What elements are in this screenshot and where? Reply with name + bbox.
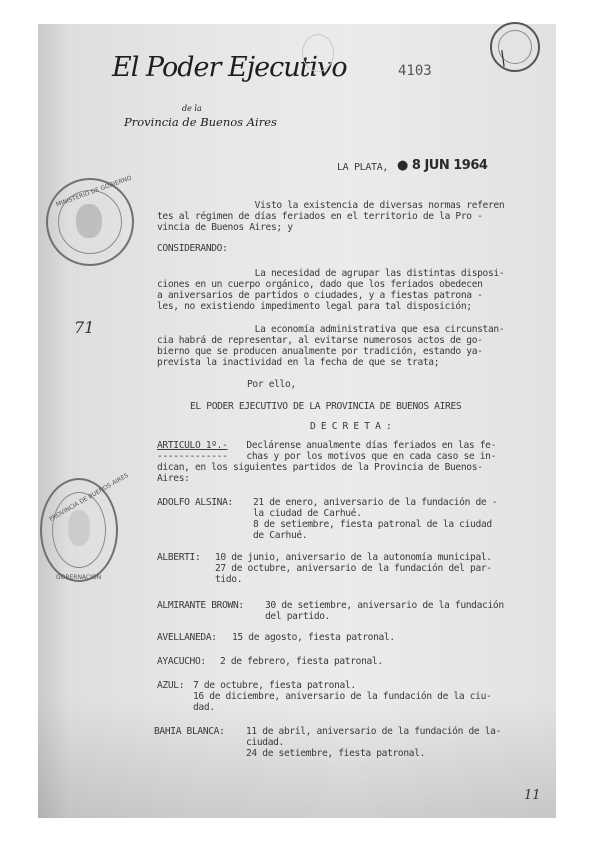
partido-name: ADOLFO ALSINA:: [157, 497, 233, 508]
text-line: 7 de octubre, fiesta patronal.: [193, 680, 356, 691]
stamp-top-right: [490, 22, 540, 72]
text-line: Declárense anualmente días feriados en l…: [241, 440, 496, 451]
partido-name: ALBERTI:: [157, 552, 200, 563]
text-line: tido.: [215, 574, 242, 585]
text-line: La necesidad de agrupar las distintas di…: [157, 268, 504, 279]
date-stamp: ● 8 JUN 1964: [397, 158, 487, 173]
articulo-label: ARTICULO 1º.-: [157, 440, 228, 451]
text-line: la ciudad de Carhué.: [253, 508, 362, 519]
text-line: dican, en los siguientes partidos de la …: [157, 462, 483, 473]
authority-line: EL PODER EJECUTIVO DE LA PROVINCIA DE BU…: [190, 401, 461, 412]
por-ello: Por ello,: [247, 379, 296, 390]
emblem-watermark: [302, 34, 334, 72]
page-mark: 11: [524, 788, 541, 803]
text-line: bierno que se producen anualmente por tr…: [157, 346, 483, 357]
dash-line: -------------: [157, 451, 228, 462]
letterhead-small: de la: [182, 104, 202, 113]
text-line: 8 de setiembre, fiesta patronal de la ci…: [253, 519, 492, 530]
text-line: La economía administrativa que esa circu…: [157, 324, 504, 335]
document-number: 4103: [398, 63, 432, 79]
date-value: 8 JUN 1964: [412, 158, 488, 173]
text-line: cia habrá de representar, al evitarse nu…: [157, 335, 483, 346]
text-line: a aniversarios de partidos o ciudades, y…: [157, 290, 483, 301]
text-line: 10 de junio, aniversario de la autonomía…: [215, 552, 492, 563]
text-line: de Carhué.: [253, 530, 307, 541]
partido-name: BAHIA BLANCA:: [154, 726, 225, 737]
decreta-heading: D E C R E T A :: [310, 421, 391, 432]
text-line: dad.: [193, 702, 215, 713]
text-line: 16 de diciembre, aniversario de la funda…: [193, 691, 491, 702]
partido-name: AZUL:: [157, 680, 184, 691]
text-line: vincia de Buenos Aires; y: [157, 222, 293, 233]
text-line: prevista la inactividad en la fecha de q…: [157, 357, 439, 368]
text-line: 30 de setiembre, aniversario de la funda…: [265, 600, 504, 611]
partido-name: ALMIRANTE BROWN:: [157, 600, 244, 611]
text-line: les, no existiendo impedimento legal par…: [157, 301, 472, 312]
text-line: 15 de agosto, fiesta patronal.: [232, 632, 395, 643]
stamp-gobernacion-text: GOBERNACION: [56, 574, 101, 581]
partido-name: AVELLANEDA:: [157, 632, 217, 643]
stamp-gobernacion: [40, 478, 118, 582]
letterhead-subtitle: Provincia de Buenos Aires: [124, 115, 277, 129]
text-line: del partido.: [265, 611, 330, 622]
text-line: 27 de octubre, aniversario de la fundaci…: [215, 563, 492, 574]
considerando-heading: CONSIDERANDO:: [157, 243, 228, 254]
text-line: 21 de enero, aniversario de la fundación…: [253, 497, 497, 508]
text-line: ciones en un cuerpo orgánico, dado que l…: [157, 279, 483, 290]
margin-annotation: 71: [74, 318, 94, 337]
text-line: chas y por los motivos que en cada caso …: [241, 451, 496, 462]
partido-name: AYACUCHO:: [157, 656, 206, 667]
text-line: tes al régimen de días feriados en el te…: [157, 211, 483, 222]
text-line: Aires:: [157, 473, 190, 484]
place-label: LA PLATA,: [337, 162, 388, 173]
text-line: Visto la existencia de diversas normas r…: [157, 200, 504, 211]
text-line: 11 de abril, aniversario de la fundación…: [246, 726, 501, 737]
text-line: 24 de setiembre, fiesta patronal.: [246, 748, 425, 759]
text-line: 2 de febrero, fiesta patronal.: [220, 656, 383, 667]
text-line: ciudad.: [246, 737, 284, 748]
